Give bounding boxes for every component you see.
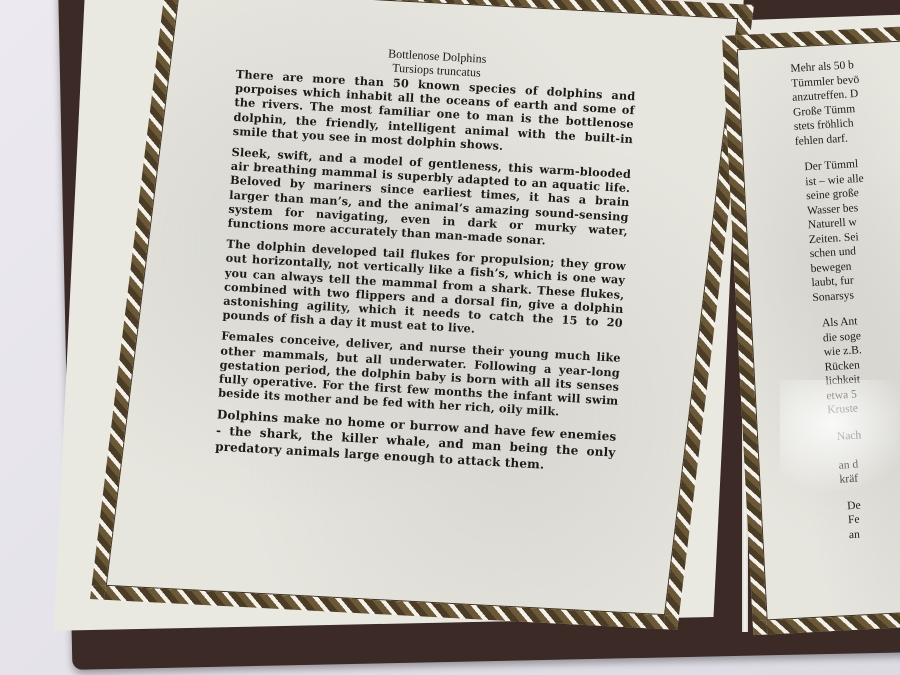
paragraph: The dolphin developed tail flukes for pr… [222,237,626,344]
german-paragraph: DeFean [817,491,900,544]
paragraph: Females conceive, deliver, and nurse the… [218,329,621,422]
english-text-block: Bottlenose Dolphins Tursiops truncatus T… [214,38,637,484]
paragraph: Sleek, swift, and a model of gentleness,… [227,145,631,252]
light-glare [780,380,900,490]
german-paragraph: Der Tümmlist – wie alleseine großeWasser… [796,151,900,305]
german-paragraph: Mehr als 50 bTümmler bevöanzutreffen. DG… [790,52,900,149]
